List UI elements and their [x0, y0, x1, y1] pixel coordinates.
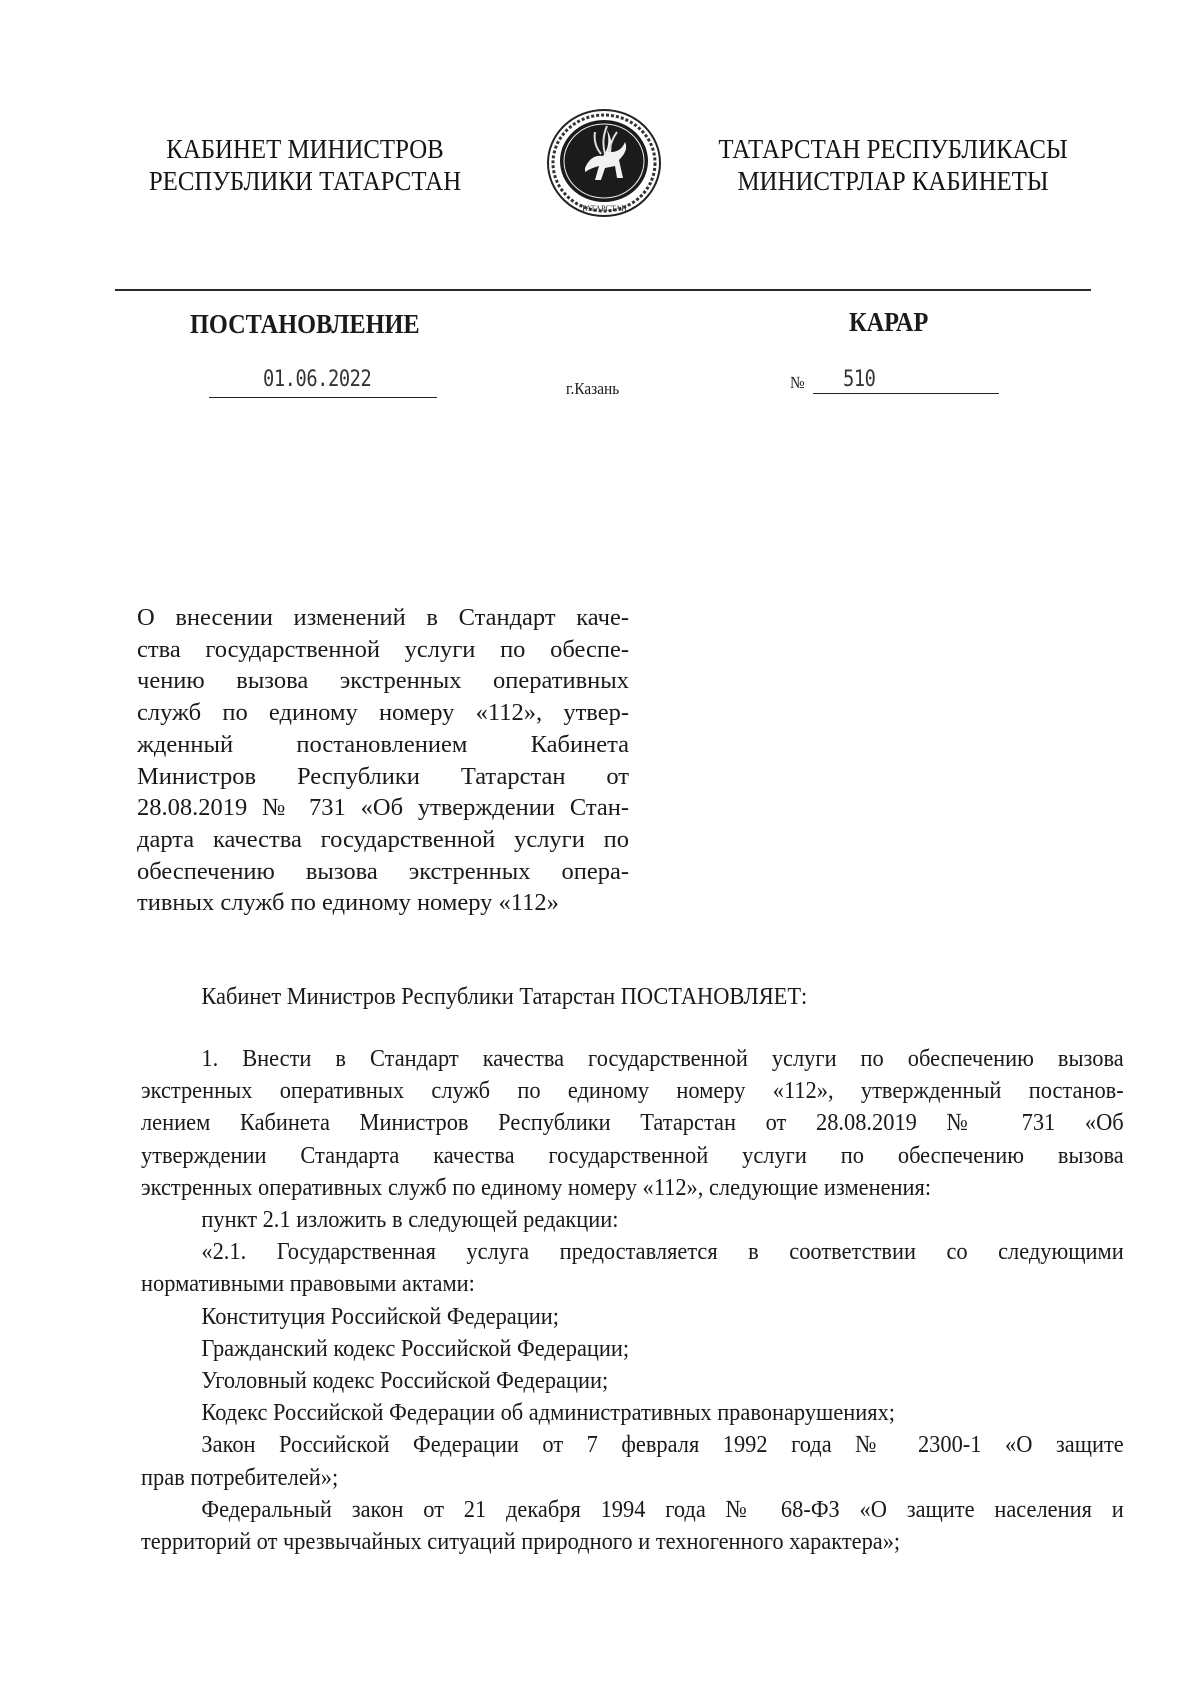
subject-line: служб по единому номеру «112», утвер-: [137, 697, 629, 729]
preamble: Кабинет Министров Республики Татарстан П…: [141, 981, 1124, 1013]
subject-line: чению вызова экстренных оперативных: [137, 665, 629, 697]
body-line: 1. Внести в Стандарт качества государств…: [141, 1043, 1124, 1075]
date-underline: [209, 397, 437, 398]
header-divider: [115, 289, 1091, 291]
body-line: «2.1. Государственная услуга предоставля…: [141, 1236, 1124, 1268]
body-line: Закон Российской Федерации от 7 февраля …: [141, 1429, 1124, 1461]
subject-line: дарта качества государственной услуги по: [137, 824, 629, 856]
body-line: Уголовный кодекс Российской Федерации;: [141, 1365, 1124, 1397]
number-underline: [813, 393, 999, 394]
body-line: Гражданский кодекс Российской Федерации;: [141, 1333, 1124, 1365]
subject-line: Министров Республики Татарстан от: [137, 761, 629, 793]
body-line: экстренных оперативных служб по единому …: [141, 1172, 1124, 1204]
header-right-line1: ТАТАРСТАН РЕСПУБЛИКАСЫ: [709, 133, 1077, 165]
body-line: Федеральный закон от 21 декабря 1994 год…: [141, 1494, 1124, 1526]
header-left-line2: РЕСПУБЛИКИ ТАТАРСТАН: [144, 165, 466, 197]
doc-type-left: ПОСТАНОВЛЕНИЕ: [190, 309, 420, 340]
document-date: 01.06.2022: [263, 367, 371, 392]
subject-line: жденный постановлением Кабинета: [137, 729, 629, 761]
subject-line: 28.08.2019 № 731 «Об утверждении Стан-: [137, 792, 629, 824]
subject-line: ства государственной услуги по обеспе-: [137, 634, 629, 666]
number-label: №: [790, 373, 805, 393]
header-left-line1: КАБИНЕТ МИНИСТРОВ: [144, 133, 466, 165]
document-body: 1. Внести в Стандарт качества государств…: [141, 1043, 1124, 1558]
header-right-block: ТАТАРСТАН РЕСПУБЛИКАСЫ МИНИСТРЛАР КАБИНЕ…: [693, 133, 1093, 197]
body-line: прав потребителей»;: [141, 1462, 1124, 1494]
header-left-block: КАБИНЕТ МИНИСТРОВ РЕСПУБЛИКИ ТАТАРСТАН: [130, 133, 480, 197]
body-line: территорий от чрезвычайных ситуаций прир…: [141, 1526, 1124, 1558]
subject-line: обеспечению вызова экстренных опера-: [137, 856, 629, 888]
body-line: Конституция Российской Федерации;: [141, 1301, 1124, 1333]
subject-line: О внесении изменений в Стандарт каче-: [137, 602, 629, 634]
body-line: экстренных оперативных служб по единому …: [141, 1075, 1124, 1107]
body-line: лением Кабинета Министров Республики Тат…: [141, 1107, 1124, 1139]
body-line: утверждении Стандарта качества государст…: [141, 1140, 1124, 1172]
body-line: нормативными правовыми актами:: [141, 1268, 1124, 1300]
header-right-line2: МИНИСТРЛАР КАБИНЕТЫ: [709, 165, 1077, 197]
document-city: г.Казань: [566, 379, 619, 399]
document-subject: О внесении изменений в Стандарт каче- ст…: [137, 602, 629, 919]
doc-type-right: КАРАР: [849, 307, 928, 338]
document-number: 510: [843, 367, 876, 392]
subject-line: тивных служб по единому номеру «112»: [137, 887, 629, 919]
preamble-text: Кабинет Министров Республики Татарстан П…: [141, 981, 1124, 1013]
body-line: Кодекс Российской Федерации об администр…: [141, 1397, 1124, 1429]
svg-text:ТАТАРСТАН: ТАТАРСТАН: [581, 204, 627, 213]
tatarstan-coat-of-arms-icon: ТАТАРСТАН: [545, 108, 663, 218]
body-line: пункт 2.1 изложить в следующей редакции:: [141, 1204, 1124, 1236]
